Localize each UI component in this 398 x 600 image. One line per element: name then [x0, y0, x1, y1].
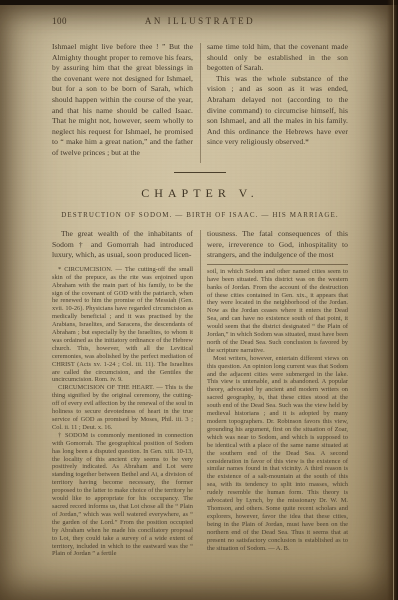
footnote-sodom-theories: Most writers, however, entertain differe…: [207, 355, 348, 553]
top-section: Ishmael might live before thee ! ” But t…: [52, 42, 348, 164]
body-left-column: The great wealth of the inhabitants of S…: [52, 229, 193, 558]
scan-edge-top: [0, 0, 398, 5]
running-header: AN ILLUSTRATED: [52, 16, 348, 26]
chapter-ornament-rule: [174, 172, 226, 173]
top-left-column: Ishmael might live before thee ! ” But t…: [52, 42, 193, 159]
page-number: 100: [52, 16, 67, 26]
footnotes-left: * CIRCUMCISION. — The cutting-off the sm…: [52, 266, 193, 559]
footnote-separator-rule: [207, 264, 348, 265]
footnote-circumcision: * CIRCUMCISION. — The cutting-off the sm…: [52, 266, 193, 385]
page-content: 100 AN ILLUSTRATED Ishmael might live be…: [52, 16, 348, 491]
footnote-circumcision-heart: CIRCUMCISION OF THE HEART. — This is the…: [52, 384, 193, 431]
top-right-column: same time told him, that the covenant ma…: [207, 42, 348, 148]
footnotes-right: soil, in which Sodom and other named cit…: [207, 268, 348, 553]
page-header: 100 AN ILLUSTRATED: [52, 16, 348, 30]
paragraph: same time told him, that the covenant ma…: [207, 42, 348, 74]
column-divider: [200, 43, 201, 163]
paragraph: tiousness. The fatal consequences of thi…: [207, 229, 348, 261]
book-binding-edge: [387, 0, 398, 600]
paragraph: This was the whole substance of the visi…: [207, 74, 348, 148]
body-right-column: tiousness. The fatal consequences of thi…: [207, 229, 348, 552]
chapter-subtitle: DESTRUCTION OF SODOM. — BIRTH OF ISAAC. …: [52, 211, 348, 219]
book-page-scan: 100 AN ILLUSTRATED Ishmael might live be…: [0, 0, 398, 600]
chapter-heading: CHAPTER V. DESTRUCTION OF SODOM. — BIRTH…: [52, 172, 348, 219]
footnote-sodom-continued: soil, in which Sodom and other named cit…: [207, 268, 348, 355]
paragraph: Ishmael might live before thee ! ” But t…: [52, 42, 193, 159]
column-divider: [200, 230, 201, 490]
body-section: The great wealth of the inhabitants of S…: [52, 229, 348, 491]
footnote-sodom: † SODOM is commonly mentioned in connect…: [52, 432, 193, 559]
paragraph: The great wealth of the inhabitants of S…: [52, 229, 193, 261]
chapter-title: CHAPTER V.: [52, 186, 348, 201]
